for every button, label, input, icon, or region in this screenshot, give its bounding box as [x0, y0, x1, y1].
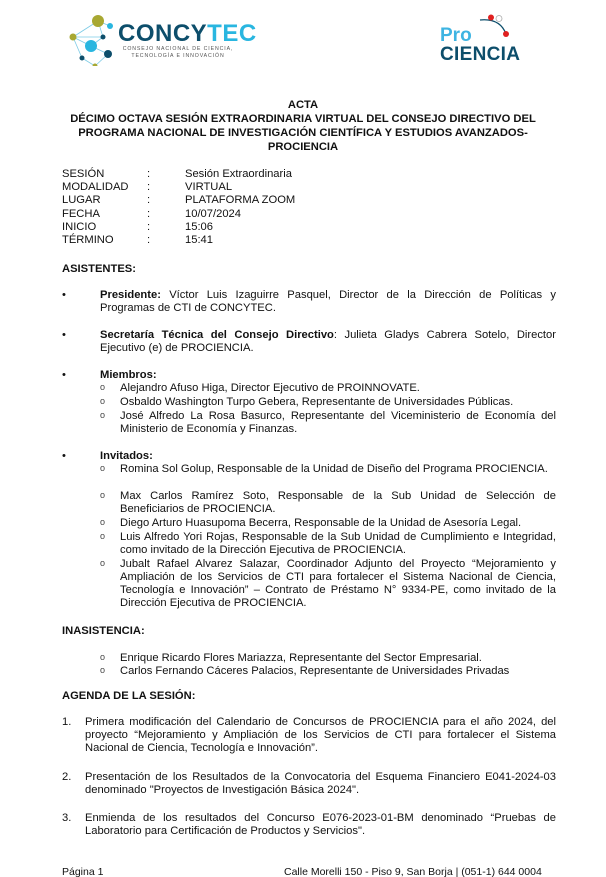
info-sep: : — [147, 194, 185, 207]
agenda-number: 2. — [62, 771, 71, 783]
info-key: MODALIDAD — [62, 181, 147, 194]
list-item-text: Carlos Fernando Cáceres Palacios, Repres… — [120, 665, 556, 678]
list-item-text: Romina Sol Golup, Responsable de la Unid… — [120, 463, 556, 476]
agenda-number: 1. — [62, 716, 71, 728]
list-item: oLuis Alfredo Yori Rojas, Responsable de… — [100, 531, 556, 557]
circle-bullet-icon: o — [100, 531, 105, 541]
title-acta: ACTA — [50, 98, 556, 112]
footer-address: Calle Morelli 150 - Piso 9, San Borja | … — [284, 866, 542, 877]
agenda-text: Enmienda de los resultados del Concurso … — [85, 812, 556, 838]
session-info: SESIÓN:Sesión ExtraordinariaMODALIDAD:VI… — [62, 168, 295, 247]
list-item: oRomina Sol Golup, Responsable de la Uni… — [100, 463, 556, 476]
list-item: oEnrique Ricardo Flores Mariazza, Repres… — [100, 652, 556, 665]
network-icon — [60, 8, 120, 66]
info-key: FECHA — [62, 208, 147, 221]
circle-bullet-icon: o — [100, 665, 105, 675]
bullet-icon: • — [62, 369, 66, 381]
info-value: 10/07/2024 — [185, 208, 241, 221]
concytec-wordmark: CONCYTEC — [118, 20, 257, 48]
list-item: oJosé Alfredo La Rosa Basurco, Represent… — [100, 410, 556, 436]
info-row: MODALIDAD:VIRTUAL — [62, 181, 295, 194]
list-item-text: Max Carlos Ramírez Soto, Responsable de … — [120, 490, 556, 516]
info-sep: : — [147, 234, 185, 247]
prociencia-logo: Pro CIENCIA — [440, 14, 550, 66]
presidente-item: • Presidente: Víctor Luis Izaguirre Pasq… — [62, 289, 556, 315]
inasistencia-heading: INASISTENCIA: — [62, 625, 145, 637]
list-item-text: Luis Alfredo Yori Rojas, Responsable de … — [120, 531, 556, 557]
concytec-subtitle: CONSEJO NACIONAL DE CIENCIA, TECNOLOGÍA … — [122, 46, 234, 60]
info-row: LUGAR:PLATAFORMA ZOOM — [62, 194, 295, 207]
asistentes-heading: ASISTENTES: — [62, 263, 136, 275]
info-value: 15:06 — [185, 221, 213, 234]
list-item-text: Osbaldo Washington Turpo Gebera, Represe… — [120, 396, 556, 409]
list-item: oCarlos Fernando Cáceres Palacios, Repre… — [100, 665, 556, 678]
agenda-item: 1.Primera modificación del Calendario de… — [62, 716, 556, 755]
list-item-text: Diego Arturo Huasupoma Becerra, Responsa… — [120, 517, 556, 530]
list-item-text: Alejandro Afuso Higa, Director Ejecutivo… — [120, 382, 556, 395]
info-key: LUGAR — [62, 194, 147, 207]
agenda-item: 2.Presentación de los Resultados de la C… — [62, 771, 556, 797]
info-key: TÉRMINO — [62, 234, 147, 247]
prociencia-ciencia: CIENCIA — [440, 44, 520, 66]
info-key: INICIO — [62, 221, 147, 234]
list-item: oJubalt Rafael Alvarez Salazar, Coordina… — [100, 558, 556, 610]
list-item: oMax Carlos Ramírez Soto, Responsable de… — [100, 490, 556, 516]
info-row: FECHA:10/07/2024 — [62, 208, 295, 221]
circle-bullet-icon: o — [100, 652, 105, 662]
circle-bullet-icon: o — [100, 517, 105, 527]
list-item: oAlejandro Afuso Higa, Director Ejecutiv… — [100, 382, 556, 395]
info-value: VIRTUAL — [185, 181, 232, 194]
list-item-text: José Alfredo La Rosa Basurco, Representa… — [120, 410, 556, 436]
list-item-text: Enrique Ricardo Flores Mariazza, Represe… — [120, 652, 556, 665]
agenda-text: Primera modificación del Calendario de C… — [85, 716, 556, 755]
agenda-heading: AGENDA DE LA SESIÓN: — [62, 690, 195, 702]
bullet-icon: • — [62, 450, 66, 462]
circle-bullet-icon: o — [100, 490, 105, 500]
info-sep: : — [147, 181, 185, 194]
info-sep: : — [147, 168, 185, 181]
invitados-item: • Invitados: — [62, 450, 556, 463]
info-row: SESIÓN:Sesión Extraordinaria — [62, 168, 295, 181]
info-value: PLATAFORMA ZOOM — [185, 194, 295, 207]
info-value: Sesión Extraordinaria — [185, 168, 292, 181]
agenda-item: 3.Enmienda de los resultados del Concurs… — [62, 812, 556, 838]
secretaria-item: • Secretaría Técnica del Consejo Directi… — [62, 329, 556, 355]
list-item: oOsbaldo Washington Turpo Gebera, Repres… — [100, 396, 556, 409]
info-row: TÉRMINO:15:41 — [62, 234, 295, 247]
info-row: INICIO:15:06 — [62, 221, 295, 234]
page-number: Página 1 — [62, 866, 103, 877]
info-key: SESIÓN — [62, 168, 147, 181]
circle-bullet-icon: o — [100, 558, 105, 568]
info-sep: : — [147, 221, 185, 234]
info-sep: : — [147, 208, 185, 221]
circle-bullet-icon: o — [100, 410, 105, 420]
agenda-number: 3. — [62, 812, 71, 824]
bullet-icon: • — [62, 289, 66, 301]
concytec-logo: CONCYTEC CONSEJO NACIONAL DE CIENCIA, TE… — [60, 8, 250, 66]
circle-bullet-icon: o — [100, 382, 105, 392]
bullet-icon: • — [62, 329, 66, 341]
title-session: DÉCIMO OCTAVA SESIÓN EXTRAORDINARIA VIRT… — [50, 112, 556, 154]
info-value: 15:41 — [185, 234, 213, 247]
circle-bullet-icon: o — [100, 396, 105, 406]
document-title: ACTA DÉCIMO OCTAVA SESIÓN EXTRAORDINARIA… — [50, 98, 556, 154]
list-item: oDiego Arturo Huasupoma Becerra, Respons… — [100, 517, 556, 530]
miembros-item: • Miembros: — [62, 369, 556, 382]
circle-bullet-icon: o — [100, 463, 105, 473]
list-item-text: Jubalt Rafael Alvarez Salazar, Coordinad… — [120, 558, 556, 610]
agenda-text: Presentación de los Resultados de la Con… — [85, 771, 556, 797]
